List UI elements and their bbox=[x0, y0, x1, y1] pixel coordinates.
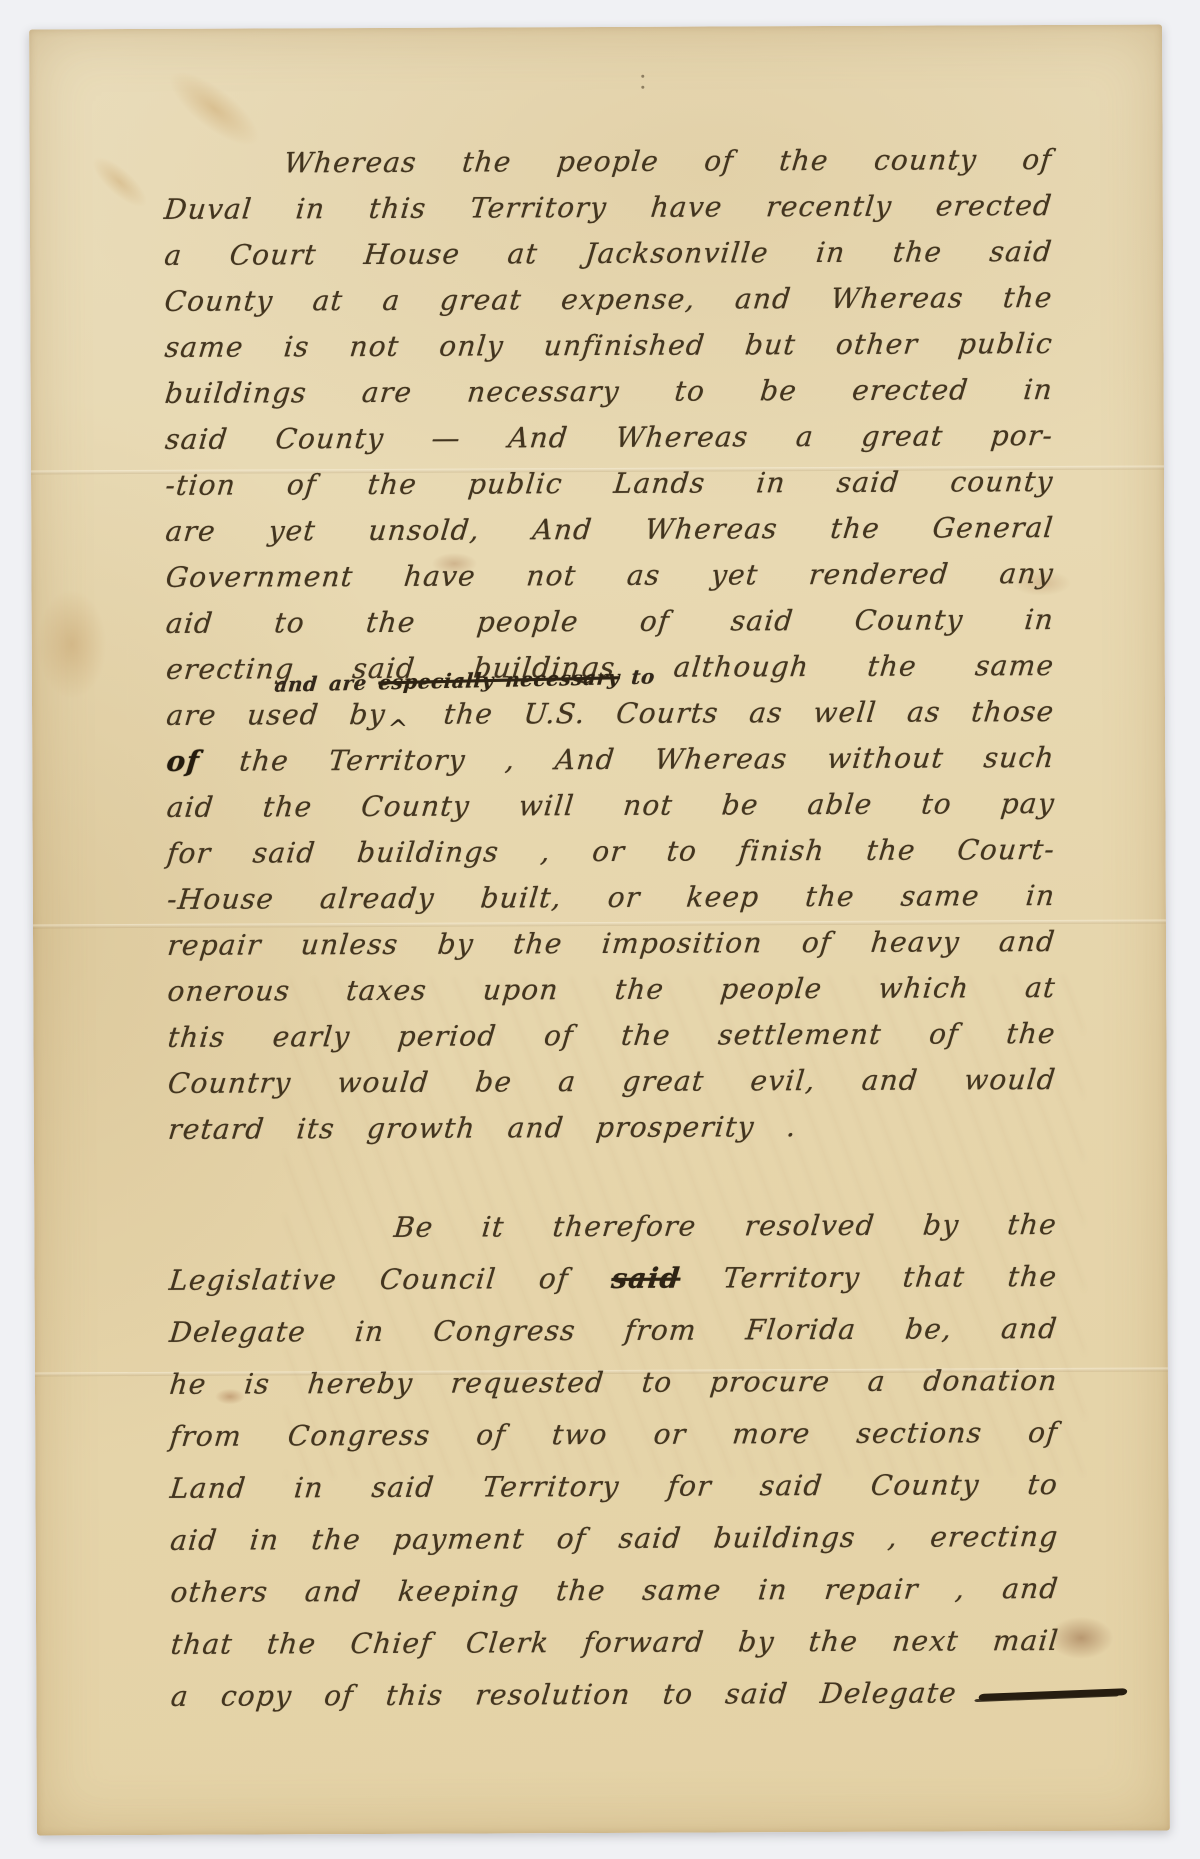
manuscript-line: aid to the people of said County in bbox=[164, 597, 1057, 647]
manuscript-line: same is not only unfinished but other pu… bbox=[163, 321, 1056, 371]
text-segment: Government have not as yet rendered any bbox=[164, 557, 1055, 594]
text-segment: Land in said Territory for said County t… bbox=[169, 1468, 1060, 1505]
text-segment: aid to the people of said County in bbox=[164, 603, 1055, 640]
paragraph: Be it therefore resolved by theLegislati… bbox=[166, 1199, 1056, 1723]
text-segment: Territory that the bbox=[679, 1260, 1059, 1295]
stain bbox=[85, 149, 155, 215]
manuscript-line: Legislative Council of said Territory th… bbox=[167, 1251, 1060, 1307]
manuscript-line: he is hereby requested to procure a dona… bbox=[167, 1355, 1060, 1411]
manuscript-line: are yet unsold, And Whereas the General bbox=[163, 505, 1056, 555]
manuscript-line: onerous taxes upon the people which at bbox=[165, 965, 1058, 1015]
manuscript-line: for said buildings , or to finish the Co… bbox=[165, 827, 1058, 877]
manuscript-line: Duval in this Territory have recently er… bbox=[162, 183, 1055, 233]
manuscript-text: Whereas the people of the county ofDuval… bbox=[162, 137, 1057, 1723]
text-segment: this early period of the settlement of t… bbox=[166, 1017, 1057, 1054]
manuscript-line: a copy of this resolution to said Delega… bbox=[168, 1667, 1061, 1723]
scan-background: { "appearance": { "background_color": "#… bbox=[0, 0, 1200, 1859]
manuscript-line: of the Territory , And Whereas without s… bbox=[164, 735, 1057, 785]
text-segment: onerous taxes upon the people which at bbox=[166, 971, 1057, 1008]
text-segment: to bbox=[619, 664, 656, 689]
text-segment: he is hereby requested to procure a dona… bbox=[168, 1364, 1059, 1401]
text-segment: repair unless by the imposition of heavy… bbox=[166, 925, 1057, 962]
manuscript-line: buildings are necessary to be erected in bbox=[163, 367, 1056, 417]
text-segment: a copy of this resolution to said Delega… bbox=[169, 1676, 958, 1712]
closing-dash-flourish bbox=[978, 1688, 1127, 1701]
text-segment: retard its growth and prosperity . bbox=[167, 1110, 799, 1146]
text-segment: that the Chief Clerk forward by the next… bbox=[169, 1624, 1060, 1661]
paragraph: Whereas the people of the county ofDuval… bbox=[162, 137, 1054, 1153]
text-segment: Be it therefore resolved by the bbox=[392, 1208, 1058, 1244]
text-segment: said County — And Whereas a great por- bbox=[164, 419, 1055, 456]
manuscript-page: Whereas the people of the county ofDuval… bbox=[29, 25, 1170, 1836]
text-segment: the Territory , And Whereas without such bbox=[198, 741, 1056, 778]
text-segment: are used by bbox=[165, 698, 388, 732]
manuscript-line: repair unless by the imposition of heavy… bbox=[165, 919, 1058, 969]
manuscript-line: Be it therefore resolved by the bbox=[166, 1199, 1059, 1255]
manuscript-line: this early period of the settlement of t… bbox=[166, 1011, 1059, 1061]
text-segment: Country would be a great evil, and would bbox=[166, 1063, 1057, 1100]
manuscript-line: Delegate in Congress from Florida be, an… bbox=[167, 1303, 1060, 1359]
stray-ink-dots bbox=[641, 75, 645, 91]
text-segment: Legislative Council of bbox=[168, 1262, 614, 1297]
text-segment: and are bbox=[274, 670, 380, 696]
text-segment: Whereas the people of the county of bbox=[282, 143, 1053, 179]
text-segment-strike: said bbox=[610, 1262, 682, 1295]
text-segment: aid in the payment of said buildings , e… bbox=[169, 1520, 1060, 1557]
text-segment: buildings are necessary to be erected in bbox=[163, 373, 1054, 410]
manuscript-line: a Court House at Jacksonville in the sai… bbox=[162, 229, 1055, 279]
manuscript-line: from Congress of two or more sections of bbox=[167, 1407, 1060, 1463]
manuscript-line: others and keeping the same in repair , … bbox=[168, 1563, 1061, 1619]
manuscript-line: Land in said Territory for said County t… bbox=[168, 1459, 1061, 1515]
interlinear-insertion: and are especially necessary to bbox=[274, 666, 656, 694]
manuscript-line: Government have not as yet rendered any bbox=[164, 551, 1057, 601]
manuscript-line: aid the County will not be able to pay bbox=[165, 781, 1058, 831]
manuscript-line: and are especially necessary toare used … bbox=[164, 689, 1057, 739]
manuscript-line: aid in the payment of said buildings , e… bbox=[168, 1511, 1061, 1567]
text-segment: County at a great expense, and Whereas t… bbox=[163, 281, 1054, 318]
text-segment: for said buildings , or to finish the Co… bbox=[165, 833, 1056, 870]
text-segment: same is not only unfinished but other pu… bbox=[163, 327, 1054, 364]
manuscript-line: Country would be a great evil, and would bbox=[166, 1057, 1059, 1107]
text-segment-strike: especially necessary bbox=[377, 665, 620, 694]
manuscript-line: said County — And Whereas a great por- bbox=[163, 413, 1056, 463]
manuscript-line: Whereas the people of the county of bbox=[162, 137, 1055, 187]
text-segment: from Congress of two or more sections of bbox=[168, 1416, 1059, 1453]
text-segment: -tion of the public Lands in said county bbox=[164, 465, 1055, 502]
text-segment: -House already built, or keep the same i… bbox=[166, 879, 1057, 916]
text-segment: Delegate in Congress from Florida be, an… bbox=[168, 1312, 1059, 1349]
manuscript-line: retard its growth and prosperity . bbox=[166, 1103, 1059, 1153]
manuscript-line: -tion of the public Lands in said county bbox=[163, 459, 1056, 509]
text-segment: Duval in this Territory have recently er… bbox=[163, 189, 1054, 226]
text-segment: aid the County will not be able to pay bbox=[165, 787, 1056, 824]
text-segment-bold: of bbox=[165, 745, 201, 778]
text-segment: others and keeping the same in repair , … bbox=[169, 1572, 1060, 1609]
text-segment: a Court House at Jacksonville in the sai… bbox=[163, 235, 1054, 272]
text-segment: are yet unsold, And Whereas the General bbox=[164, 511, 1055, 548]
manuscript-line: County at a great expense, and Whereas t… bbox=[162, 275, 1055, 325]
stain bbox=[37, 589, 107, 699]
manuscript-line: that the Chief Clerk forward by the next… bbox=[168, 1615, 1061, 1671]
text-segment: the U.S. Courts as well as those bbox=[412, 695, 1057, 731]
manuscript-line: -House already built, or keep the same i… bbox=[165, 873, 1058, 923]
